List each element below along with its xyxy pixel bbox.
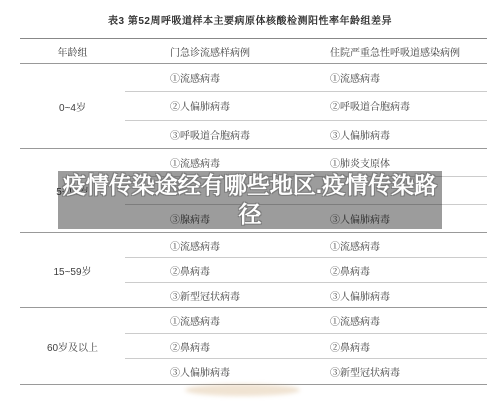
- table-screenshot-page: 表3 第52周呼吸道样本主要病原体核酸检测阳性率年龄组差异 年龄组 门急诊流感样…: [0, 0, 500, 402]
- header-sari-cases: 住院严重急性呼吸道感染病例: [330, 44, 487, 59]
- age-label: 15~59岁: [20, 263, 125, 278]
- table-row: ③人偏肺病毒 ③新型冠状病毒: [125, 359, 487, 384]
- sari-rank-1: ①流感病毒: [330, 238, 487, 253]
- watermark-text-banner: 疫情传染途经有哪些地区.疫情传染路径: [58, 171, 442, 229]
- table-row: ②人偏肺病毒 ②呼吸道合胞病毒: [125, 92, 487, 120]
- table-group-0-4: 0~4岁 ①流感病毒 ①流感病毒 ②人偏肺病毒 ②呼吸道合胞病毒 ③呼吸道合胞病…: [20, 64, 487, 149]
- watermark-banner-text: 疫情传染途经有哪些地区.疫情传染路径: [58, 171, 442, 229]
- ili-rank-1: ①流感病毒: [125, 155, 330, 170]
- age-label: 0~4岁: [20, 99, 125, 114]
- table-row: ①流感病毒 ①流感病毒: [125, 308, 487, 334]
- ili-rank-2: ②人偏肺病毒: [125, 98, 330, 113]
- group-rows: ①流感病毒 ①流感病毒 ②鼻病毒 ②鼻病毒 ③人偏肺病毒 ③新型冠状病毒: [125, 308, 487, 384]
- table-row: ③新型冠状病毒 ③人偏肺病毒: [125, 283, 487, 307]
- table-group-60-plus: 60岁及以上 ①流感病毒 ①流感病毒 ②鼻病毒 ②鼻病毒 ③人偏肺病毒 ③新型冠…: [20, 308, 487, 384]
- sari-rank-3: ③新型冠状病毒: [330, 364, 487, 379]
- table-row: ①流感病毒 ①流感病毒: [125, 233, 487, 258]
- sari-rank-2: ②呼吸道合胞病毒: [330, 98, 487, 113]
- group-rows: ①流感病毒 ①流感病毒 ②人偏肺病毒 ②呼吸道合胞病毒 ③呼吸道合胞病毒 ③人偏…: [125, 64, 487, 148]
- table-group-15-59: 15~59岁 ①流感病毒 ①流感病毒 ②鼻病毒 ②鼻病毒 ③新型冠状病毒 ③人偏…: [20, 233, 487, 308]
- ili-rank-1: ①流感病毒: [125, 238, 330, 253]
- ili-rank-3: ③人偏肺病毒: [125, 364, 330, 379]
- table-row: ①流感病毒 ①流感病毒: [125, 64, 487, 92]
- sari-rank-2: ②鼻病毒: [330, 263, 487, 278]
- group-rows: ①流感病毒 ①流感病毒 ②鼻病毒 ②鼻病毒 ③新型冠状病毒 ③人偏肺病毒: [125, 233, 487, 307]
- header-ili-cases: 门急诊流感样病例: [125, 44, 330, 59]
- age-label: 60岁及以上: [20, 339, 125, 354]
- table-row: ③呼吸道合胞病毒 ③人偏肺病毒: [125, 121, 487, 148]
- sari-rank-3: ③人偏肺病毒: [330, 288, 487, 303]
- ili-rank-3: ③新型冠状病毒: [125, 288, 330, 303]
- watermark-smudge: [185, 384, 300, 396]
- ili-rank-1: ①流感病毒: [125, 70, 330, 85]
- table-row: ②鼻病毒 ②鼻病毒: [125, 258, 487, 283]
- sari-rank-2: ②鼻病毒: [330, 339, 487, 354]
- sari-rank-1: ①流感病毒: [330, 313, 487, 328]
- header-age-group: 年龄组: [20, 44, 125, 59]
- table-header-row: 年龄组 门急诊流感样病例 住院严重急性呼吸道感染病例: [20, 39, 487, 64]
- ili-rank-3: ③呼吸道合胞病毒: [125, 127, 330, 142]
- sari-rank-1: ①流感病毒: [330, 70, 487, 85]
- sari-rank-3: ③人偏肺病毒: [330, 127, 487, 142]
- table-row: ②鼻病毒 ②鼻病毒: [125, 334, 487, 360]
- page-title: 表3 第52周呼吸道样本主要病原体核酸检测阳性率年龄组差异: [0, 12, 500, 27]
- sari-rank-1: ①肺炎支原体: [330, 155, 487, 170]
- ili-rank-2: ②鼻病毒: [125, 263, 330, 278]
- ili-rank-2: ②鼻病毒: [125, 339, 330, 354]
- ili-rank-1: ①流感病毒: [125, 313, 330, 328]
